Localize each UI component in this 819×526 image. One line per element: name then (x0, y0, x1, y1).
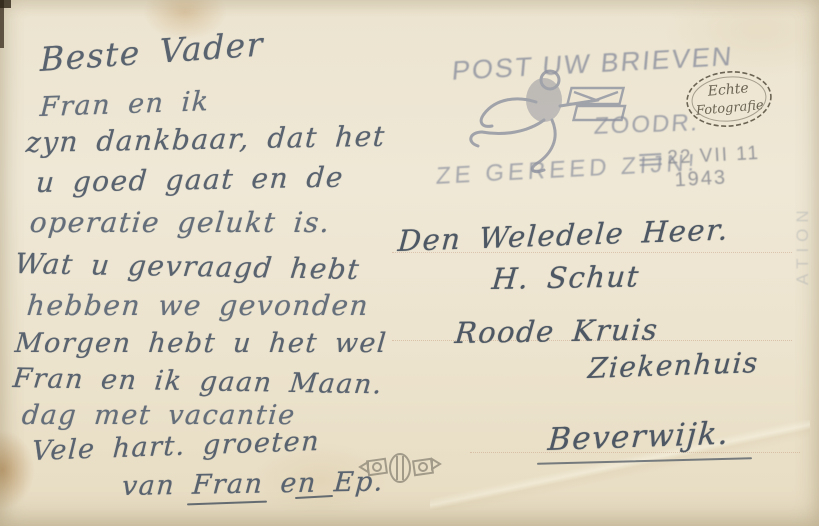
printer-ornament-icon (356, 448, 444, 492)
corner-blemish (0, 0, 11, 8)
cancel-bars-icon (639, 150, 662, 169)
message-line: dag met vacantie (21, 400, 297, 431)
message-line: van Fran en Ep. (121, 466, 385, 502)
city-underline (537, 457, 752, 465)
datestamp-year: 1943 (674, 165, 762, 193)
signature-underline (187, 501, 267, 506)
censor-mark: ATION (793, 55, 819, 285)
address-line: H. Schut (491, 259, 642, 296)
message-line: zyn dankbaar, dat het (25, 120, 387, 159)
address-line-city: Beverwijk. (547, 416, 731, 458)
echte-fotografie-stamp: Echte Fotografie (681, 64, 776, 134)
message-line: Fran en ik gaan Maan. (11, 363, 384, 400)
postman-figure-icon (448, 62, 648, 182)
message-line: hebben we gevonden (26, 289, 371, 322)
address-line: Roode Kruis (454, 312, 661, 350)
message-line: Beste Vader (40, 24, 264, 79)
message-line: u goed gaat en de (35, 161, 345, 199)
message-line: Fran en ik (39, 86, 210, 123)
address-line: Ziekenhuis (587, 346, 760, 385)
message-line: Morgen hebt u het wel (14, 328, 389, 359)
message-line: Wat u gevraagd hebt (13, 247, 362, 286)
postcard-back: Beste Vader Fran en ik zyn dankbaar, dat… (0, 0, 819, 526)
message-line: Vele hart. groeten (31, 426, 321, 467)
message-line: operatie gelukt is. (29, 206, 332, 239)
photo-stamp-line2: Fotografie (694, 98, 764, 119)
photo-stamp-line1: Echte (706, 80, 749, 100)
datestamp: 22 VII 11 1943 (639, 143, 762, 194)
